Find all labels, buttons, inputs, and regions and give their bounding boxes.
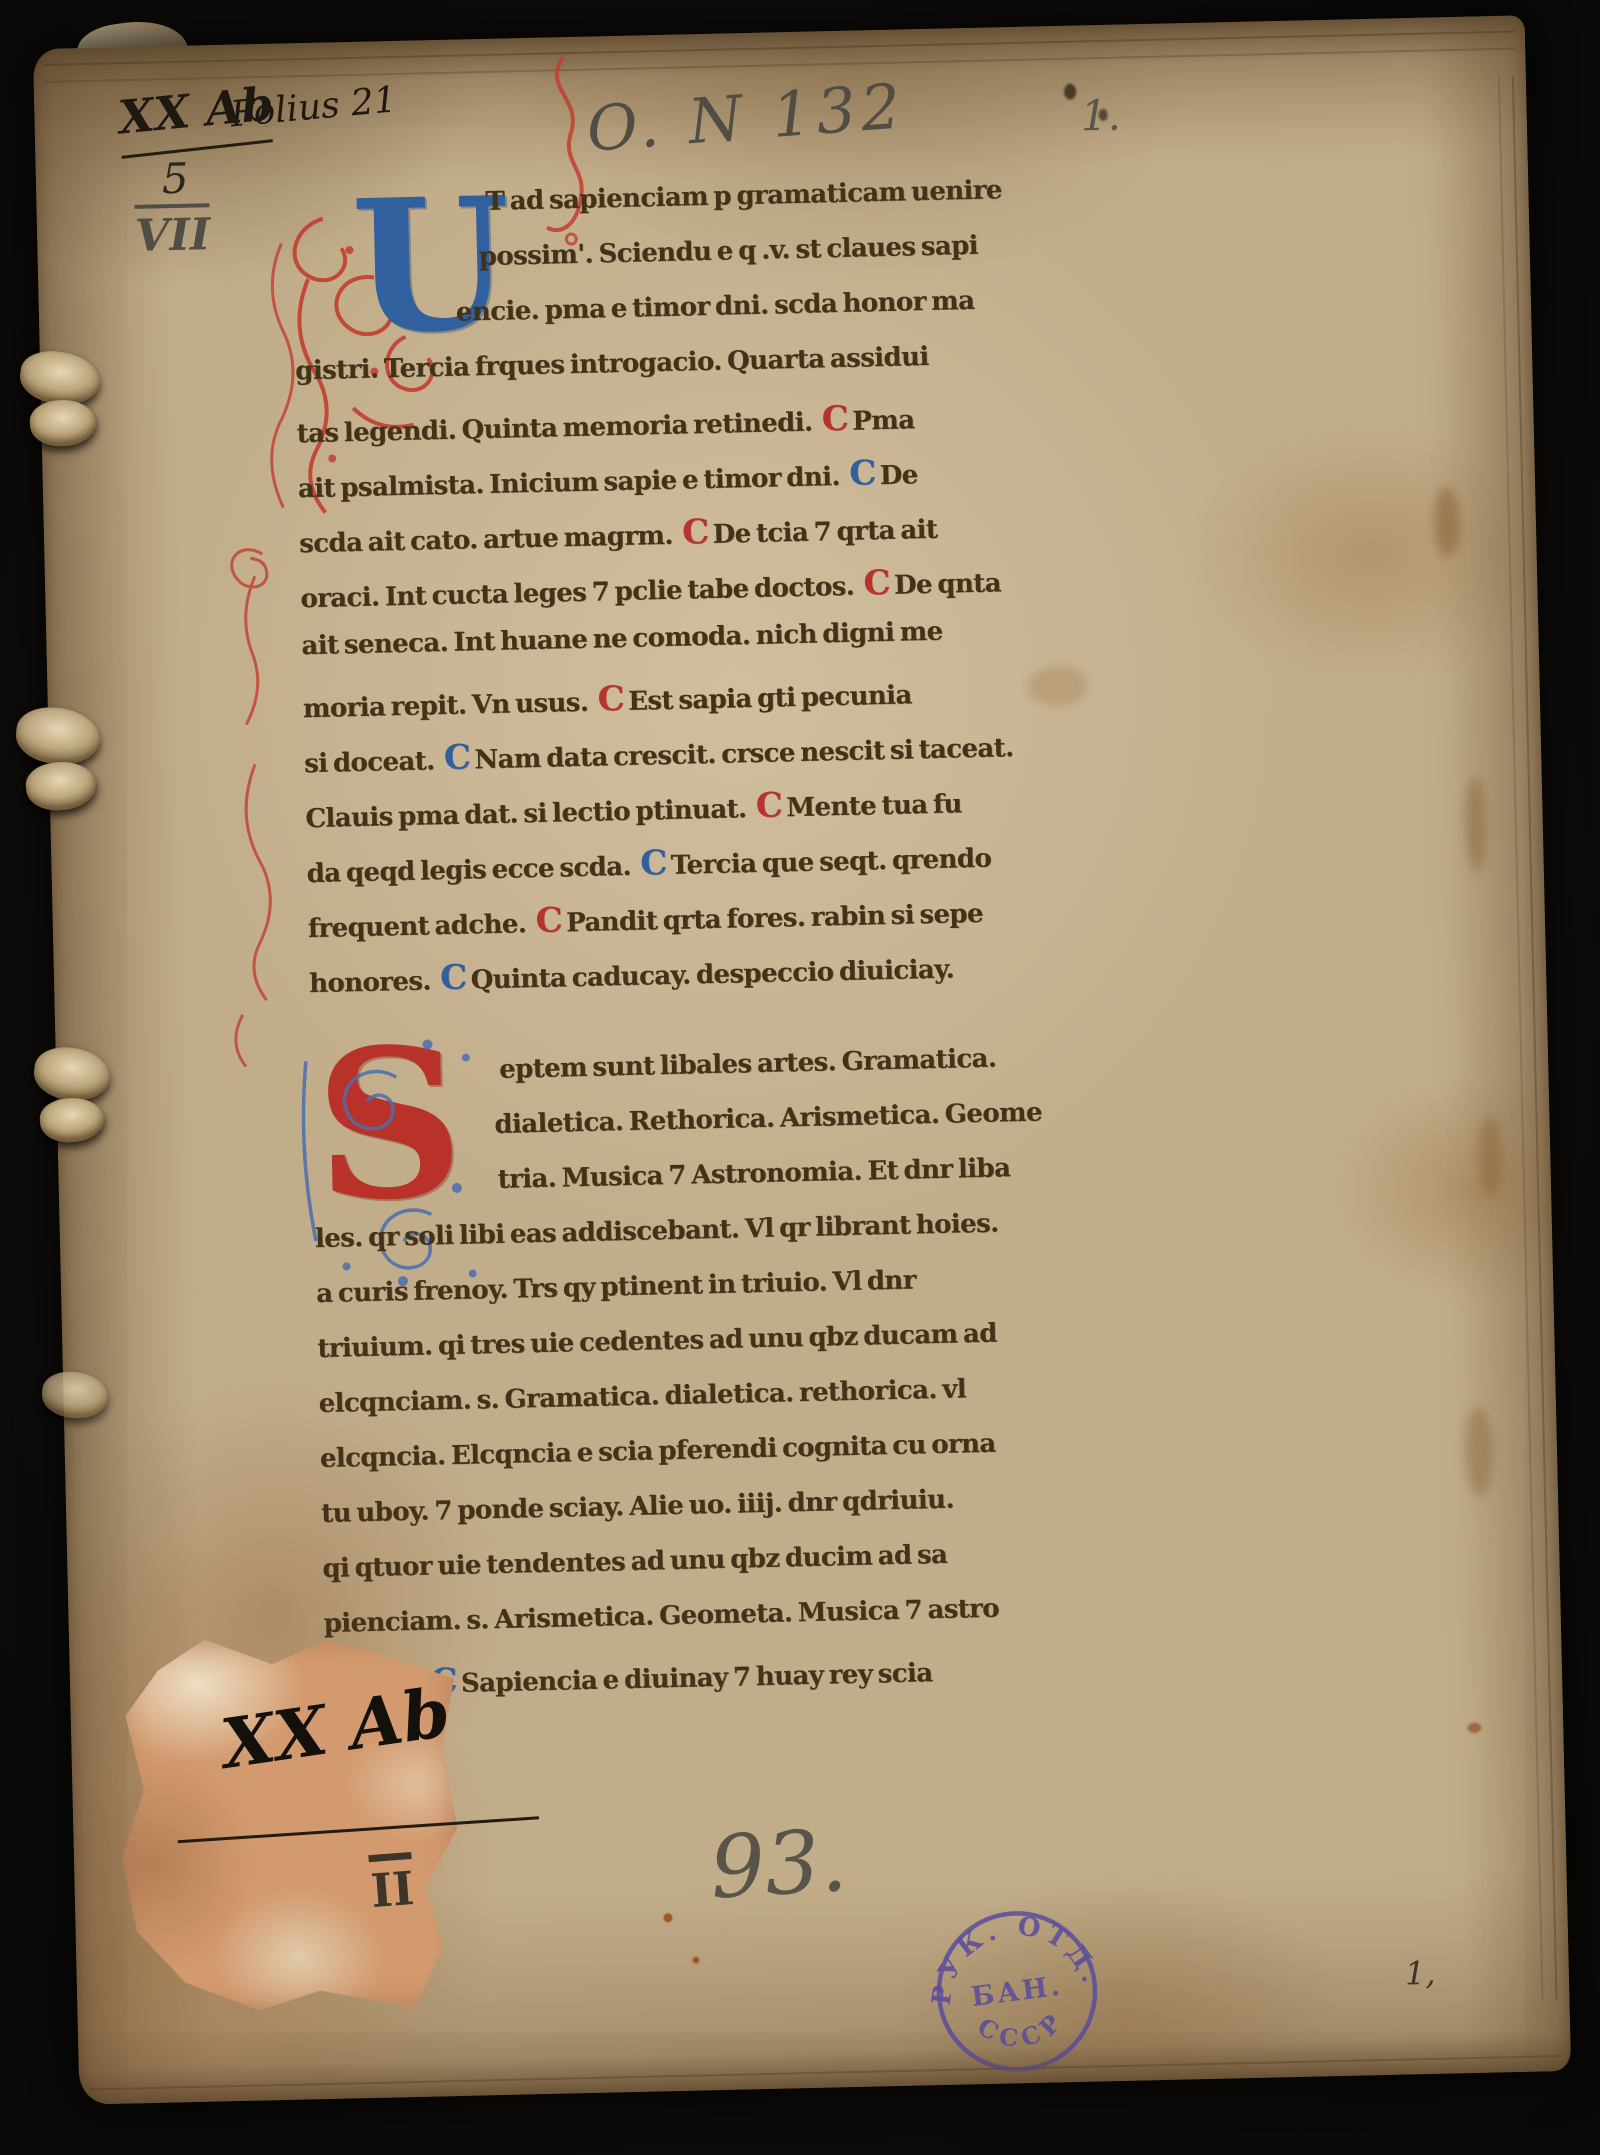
text-segment: tas legendi. Quinta memoria retinedi. bbox=[296, 407, 818, 449]
pencil-page-number: 93. bbox=[707, 1811, 849, 1919]
page-stain bbox=[1464, 1406, 1494, 1497]
text-segment: da qeqd legis ecce scda. bbox=[306, 852, 636, 889]
rust-spot bbox=[1467, 1723, 1481, 1733]
paragraph-mark-red: C bbox=[751, 785, 786, 826]
rust-spot bbox=[692, 1957, 699, 1964]
rust-spot bbox=[663, 1913, 672, 1922]
text-block-keys-of-wisdom: T ad sapienciam p gramaticam uenirepossi… bbox=[291, 176, 1000, 1016]
text-segment: Clauis pma dat. si lectio ptinuat. bbox=[305, 794, 752, 834]
text-segment: Pma bbox=[852, 405, 915, 436]
text-segment: Est sapia gti pecunia bbox=[628, 680, 912, 716]
stamp-graphic: РУК. ОТД. БАН. СССР bbox=[914, 1888, 1120, 2094]
text-segment: scda ait cato. artue magrm. bbox=[299, 521, 679, 560]
text-segment: si doceat. bbox=[304, 746, 440, 779]
page-stain bbox=[1027, 665, 1088, 706]
text-segment: Nam data crescit. crsce nescit si taceat… bbox=[474, 733, 1014, 775]
text-block-liberal-arts: eptem sunt libales artes. Gramatica.dial… bbox=[311, 1043, 1016, 1718]
paragraph-mark-blue: C bbox=[436, 958, 471, 999]
paragraph-mark-blue: C bbox=[845, 453, 880, 494]
text-segment: De bbox=[879, 460, 918, 491]
manuscript-photograph: { "photo": { "subject": "Medieval parchm… bbox=[0, 0, 1600, 2155]
foliation-mark: 1. bbox=[1080, 91, 1121, 141]
page-stain bbox=[1433, 487, 1461, 558]
text-segment: Pandit qrta fores. rabin si sepe bbox=[566, 899, 983, 938]
text-segment: ait psalmista. Inicium sapie e timor dni… bbox=[298, 462, 846, 504]
paragraph-mark-red: C bbox=[593, 679, 628, 720]
text-segment: oraci. Int cucta leges 7 pclie tabe doct… bbox=[300, 572, 860, 615]
parchment-page: XX Ab 5 VII Folius 21 O. N 132 1. bbox=[33, 15, 1571, 2104]
library-stamp: РУК. ОТД. БАН. СССР bbox=[914, 1888, 1120, 2098]
text-segment: De qnta bbox=[894, 568, 1002, 600]
page-stain bbox=[1465, 776, 1487, 871]
paragraph-mark-red: C bbox=[859, 563, 894, 604]
text-segment: moria repit. Vn usus. bbox=[303, 688, 594, 725]
paragraph-mark-blue: C bbox=[636, 843, 671, 884]
bottom-right-mark: 1, bbox=[1404, 1954, 1435, 1993]
text-segment: honores. bbox=[309, 966, 437, 999]
paragraph-mark-red: C bbox=[817, 399, 852, 440]
shelfmark-number: 5 bbox=[161, 154, 189, 204]
paragraph-mark-blue: C bbox=[439, 737, 474, 778]
text-segment: Mente tua fu bbox=[786, 789, 962, 823]
text-segment: De tcia 7 qrta ait bbox=[712, 515, 937, 550]
paragraph-mark-red: C bbox=[531, 900, 566, 941]
text-segment: frequent adche. bbox=[308, 909, 532, 944]
text-segment: Sapiencia e diuinay 7 huay rey scia bbox=[461, 1658, 933, 1699]
text-segment: Tercia que seqt. qrendo bbox=[670, 844, 991, 881]
page-stain bbox=[1477, 1116, 1503, 1197]
label-roman-numeral: II bbox=[368, 1852, 416, 1918]
paragraph-mark-red: C bbox=[678, 512, 713, 553]
ink-speck bbox=[1064, 84, 1076, 100]
text-segment: Quinta caducay. despeccio diuiciay. bbox=[470, 955, 954, 996]
